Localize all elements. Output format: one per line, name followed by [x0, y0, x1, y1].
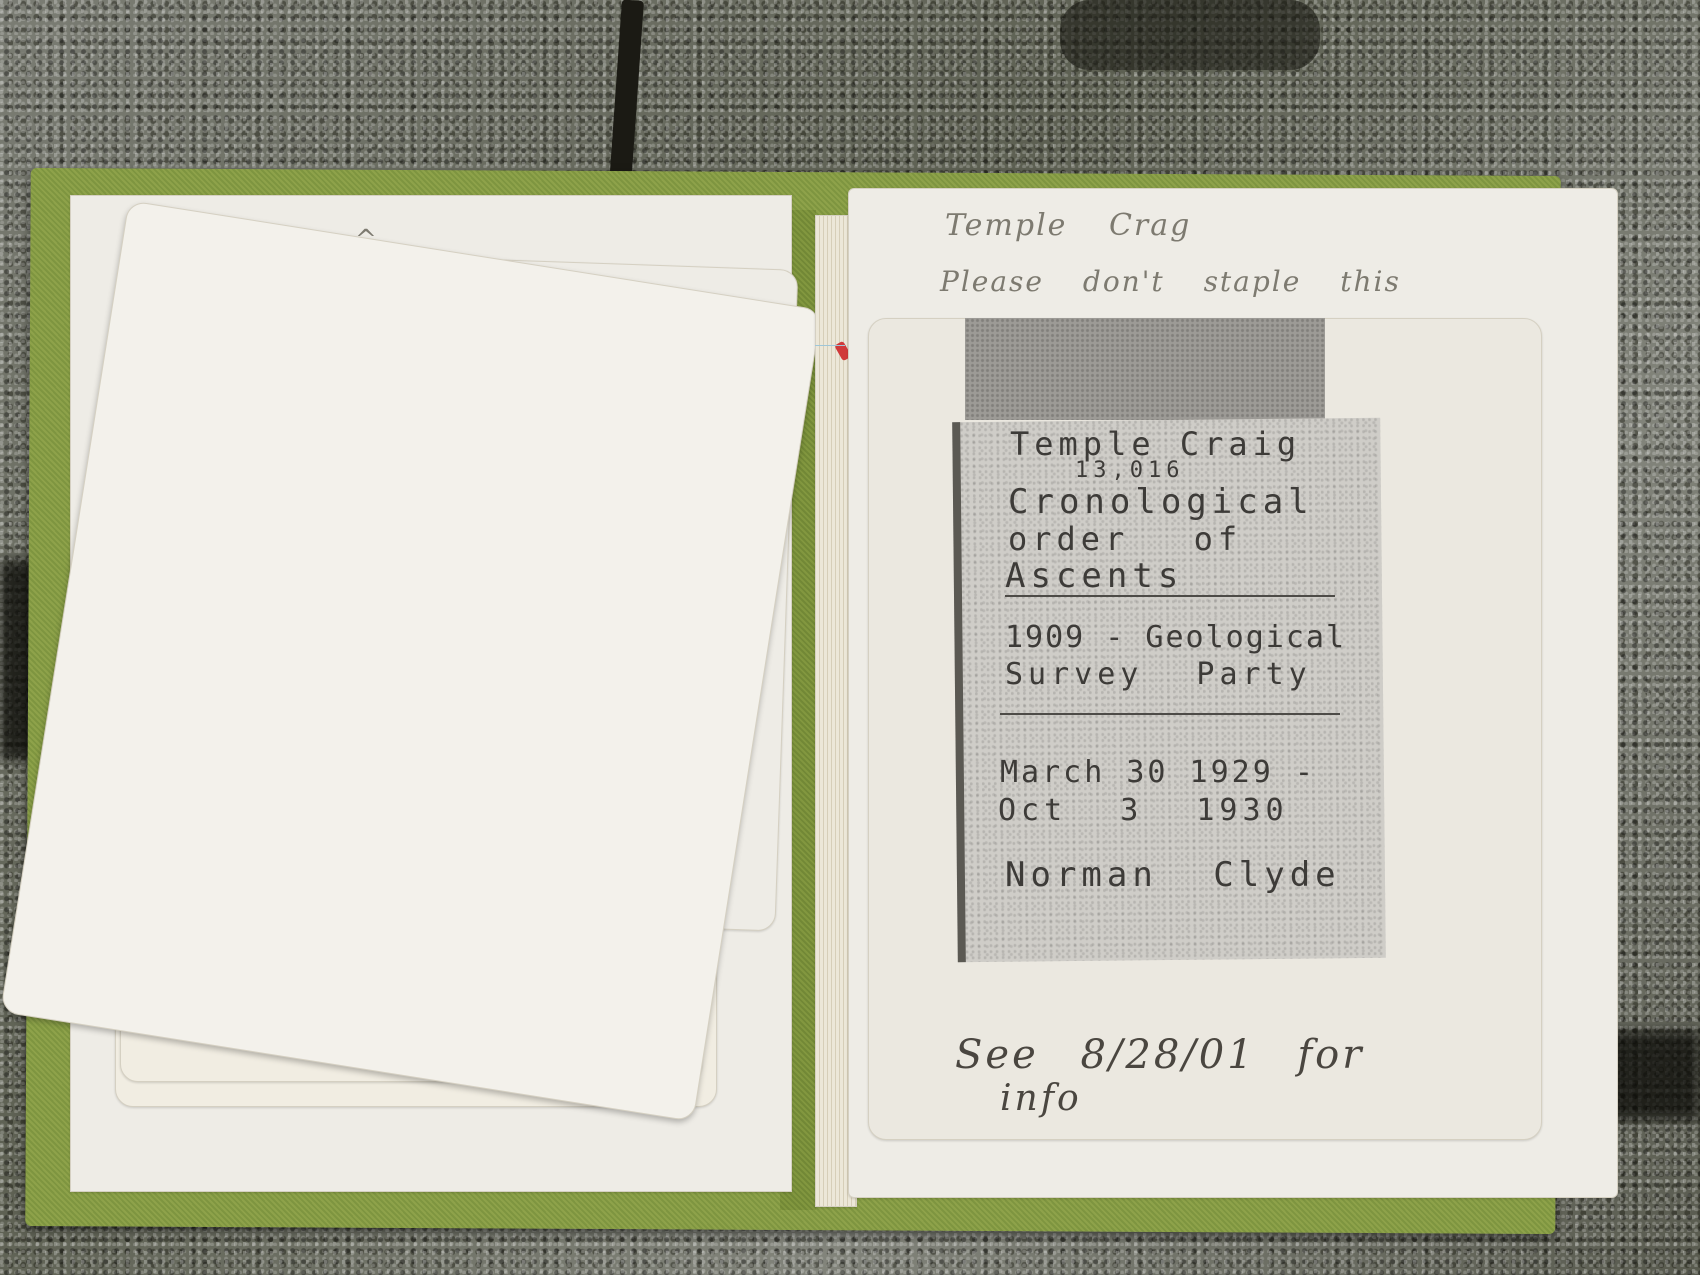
right-header-note: Please don't staple this [940, 265, 1401, 298]
photocopy-elevation: 13,016 [1075, 458, 1184, 483]
photocopy-entry-2b: Oct 3 1930 [998, 793, 1289, 828]
rock-crack [1060, 0, 1320, 70]
footer-note-line-1: See 8/28/01 for [955, 1032, 1364, 1078]
photocopy-entry-1a: 1909 - Geological [1005, 620, 1346, 655]
photocopy-subtitle-1: Cronological [1008, 482, 1314, 522]
photocopy-subtitle-2: order of [1008, 520, 1242, 558]
photocopy-entry-2a: March 30 1929 - [1000, 755, 1316, 790]
footer-note-line-2: info [1000, 1078, 1082, 1119]
photocopy-entry-2c: Norman Clyde [1005, 855, 1341, 895]
photocopy-book-top [965, 318, 1325, 420]
right-header-title: Temple Crag [945, 208, 1191, 243]
photocopy-entry-1b: Survey Party [1005, 657, 1312, 692]
ruled-line [815, 345, 845, 346]
loose-card [0, 200, 822, 1122]
photocopy-divider [1005, 595, 1335, 597]
photocopy-divider [1000, 713, 1340, 715]
photocopy-subtitle-3: Ascents [1005, 556, 1183, 596]
